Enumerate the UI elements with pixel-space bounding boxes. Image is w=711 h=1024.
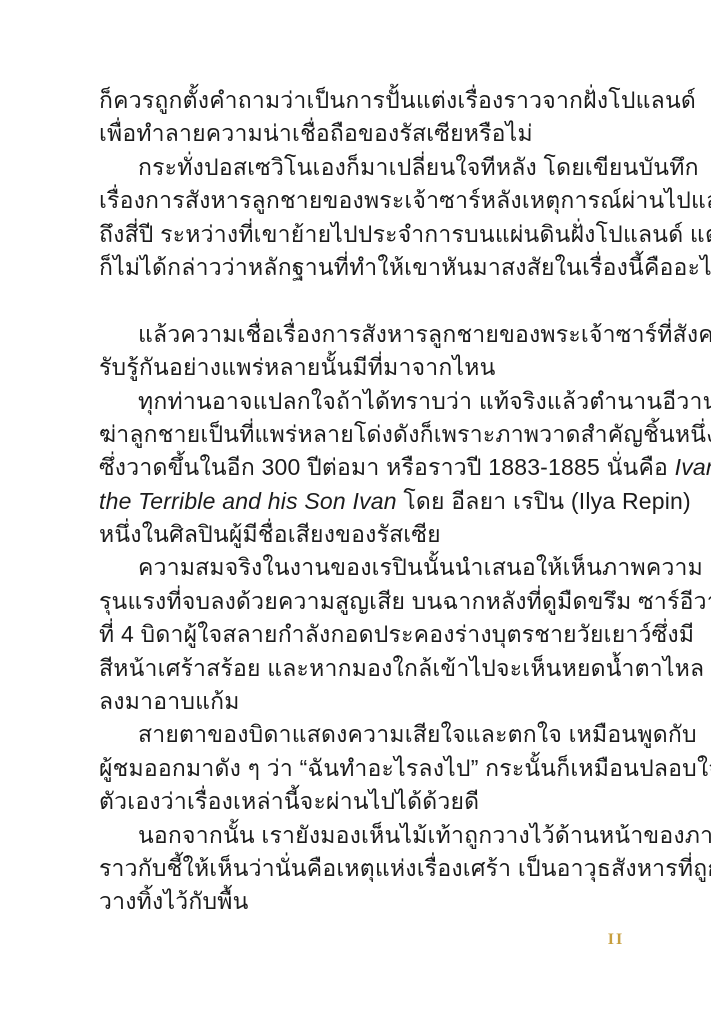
text-line: สายตาของบิดาแสดงความเสียใจและตกใจ เหมือน… (99, 718, 621, 751)
text-line: เรื่องการสังหารลูกชายของพระเจ้าซาร์หลังเ… (99, 184, 621, 217)
text-line: ซึ่งวาดขึ้นในอีก 300 ปีต่อมา หรือราวปี 1… (99, 451, 621, 484)
text-line: ถึงสี่ปี ระหว่างที่เขาย้ายไปประจำการบนแผ… (99, 218, 621, 251)
text-line: ก็ไม่ได้กล่าวว่าหลักฐานที่ทำให้เขาหันมาส… (99, 251, 621, 284)
page-marker: II (601, 931, 631, 949)
text-line: สีหน้าเศร้าสร้อย และหากมองใกล้เข้าไปจะเห… (99, 652, 621, 685)
text-line: ผู้ชมออกมาดัง ๆ ว่า “ฉันทำอะไรลงไป” กระน… (99, 752, 621, 785)
text-line: the Terrible and his Son Ivan โดย อีลยา … (99, 485, 621, 518)
text-line: ที่ 4 บิดาผู้ใจสลายกำลังกอดประคองร่างบุต… (99, 618, 621, 651)
text-line: ทุกท่านอาจแปลกใจถ้าได้ทราบว่า แท้จริงแล้… (99, 385, 621, 418)
text-line: ฆ่าลูกชายเป็นที่แพร่หลายโด่งดังก็เพราะภา… (99, 418, 621, 451)
text-line: กระทั่งปอสเซวิโนเองก็มาเปลี่ยนใจทีหลัง โ… (99, 151, 621, 184)
text-line: ราวกับชี้ให้เห็นว่านั่นคือเหตุแห่งเรื่อง… (99, 852, 621, 885)
book-page: ก็ควรถูกตั้งคำถามว่าเป็นการปั้นแต่งเรื่อ… (0, 0, 711, 1024)
blank-line (99, 284, 621, 317)
text-line: นอกจากนั้น เรายังมองเห็นไม้เท้าถูกวางไว้… (99, 819, 621, 852)
text-line: หนึ่งในศิลปินผู้มีชื่อเสียงของรัสเซีย (99, 518, 621, 551)
text-column: ก็ควรถูกตั้งคำถามว่าเป็นการปั้นแต่งเรื่อ… (99, 84, 621, 919)
text-line: ตัวเองว่าเรื่องเหล่านี้จะผ่านไปได้ด้วยดี (99, 785, 621, 818)
text-line: วางทิ้งไว้กับพื้น (99, 885, 621, 918)
text-line: ลงมาอาบแก้ม (99, 685, 621, 718)
text-line: เพื่อทำลายความน่าเชื่อถือของรัสเซียหรือไ… (99, 117, 621, 150)
text-line: ความสมจริงในงานของเรปินนั้นนำเสนอให้เห็น… (99, 551, 621, 584)
text-line: แล้วความเชื่อเรื่องการสังหารลูกชายของพระ… (99, 318, 621, 351)
text-line: ก็ควรถูกตั้งคำถามว่าเป็นการปั้นแต่งเรื่อ… (99, 84, 621, 117)
text-line: รับรู้กันอย่างแพร่หลายนั้นมีที่มาจากไหน (99, 351, 621, 384)
text-line: รุนแรงที่จบลงด้วยความสูญเสีย บนฉากหลังที… (99, 585, 621, 618)
